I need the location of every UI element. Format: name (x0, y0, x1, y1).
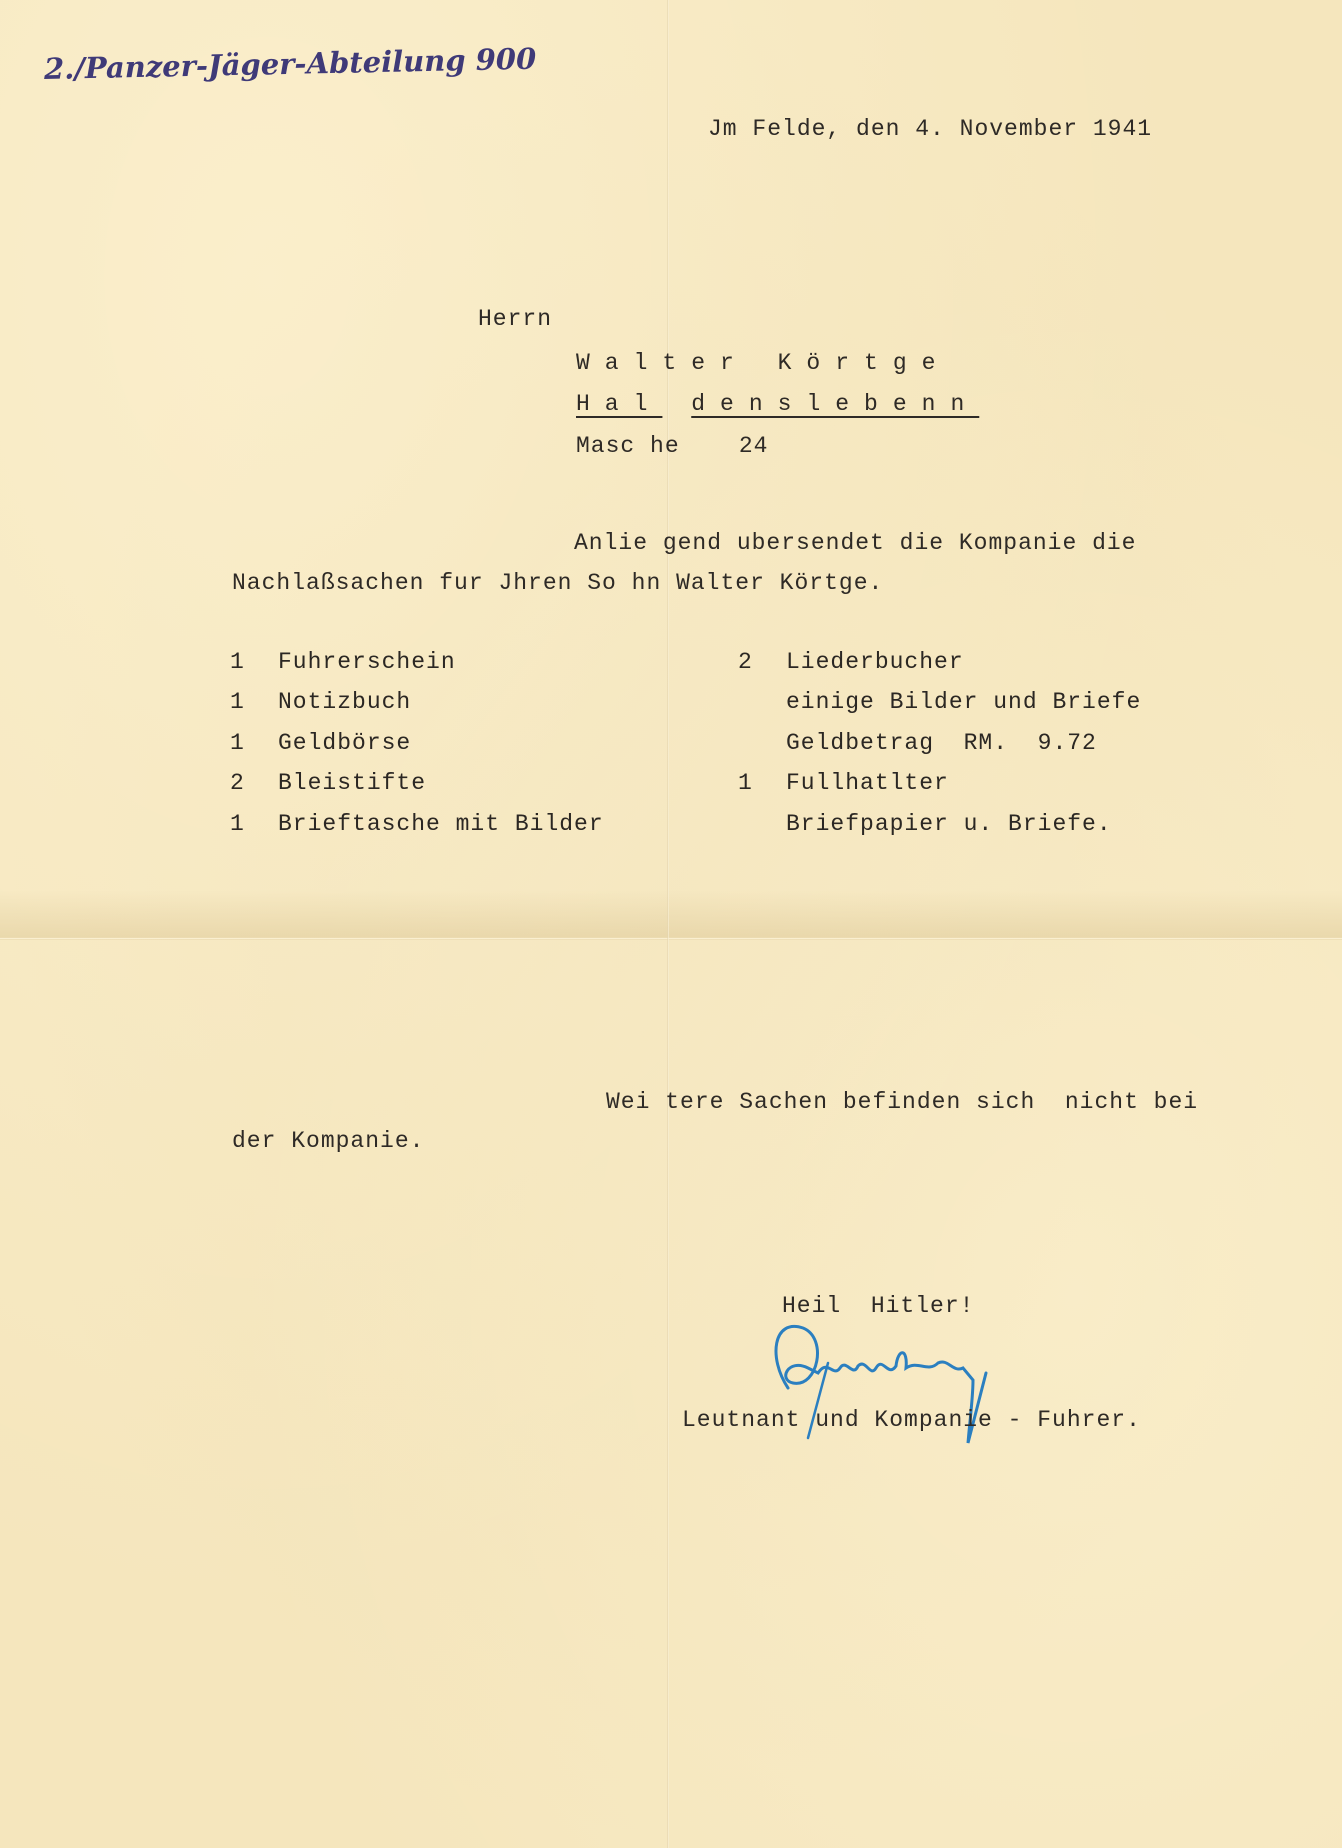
closing-line-1: Wei tere Sachen befinden sich nicht bei (606, 1089, 1198, 1115)
greeting: Heil Hitler! (782, 1293, 974, 1319)
place-date: Jm Felde, den 4. November 1941 (708, 116, 1152, 142)
items-list-right: 2Liederbucher einige Bilder und Briefe G… (738, 649, 1218, 869)
recipient-city-part1: Hal (576, 391, 662, 417)
recipient-name: Walter Körtge (576, 350, 950, 376)
recipient-city-part2: denslebenn (691, 391, 979, 417)
paper-fold-shade (0, 890, 1342, 937)
closing-line-2: der Kompanie. (232, 1128, 424, 1154)
intro-line-2: Nachlaßsachen fur Jhren So hn Walter Kör… (232, 570, 883, 596)
recipient-street: Masc he 24 (576, 433, 768, 459)
vertical-fold-crease (667, 0, 669, 1848)
house-number: 24 (739, 433, 769, 459)
intro-line-1: Anlie gend ubersendet die Kompanie die (574, 530, 1137, 556)
unit-stamp: 2./Panzer-Jäger-Abteilung 900 (44, 42, 537, 86)
signatory-title: Leutnant und Kompanie - Fuhrer. (682, 1407, 1141, 1433)
items-list-left: 1Fuhrerschein 1Notizbuch 1Geldbörse 2Ble… (230, 649, 670, 869)
recipient-salutation: Herrn (478, 306, 552, 332)
recipient-city: Hal denslebenn (576, 391, 979, 417)
handwritten-signature (758, 1318, 1018, 1458)
horizontal-fold-crease (0, 937, 1342, 940)
street-name: Masc he (576, 433, 680, 459)
